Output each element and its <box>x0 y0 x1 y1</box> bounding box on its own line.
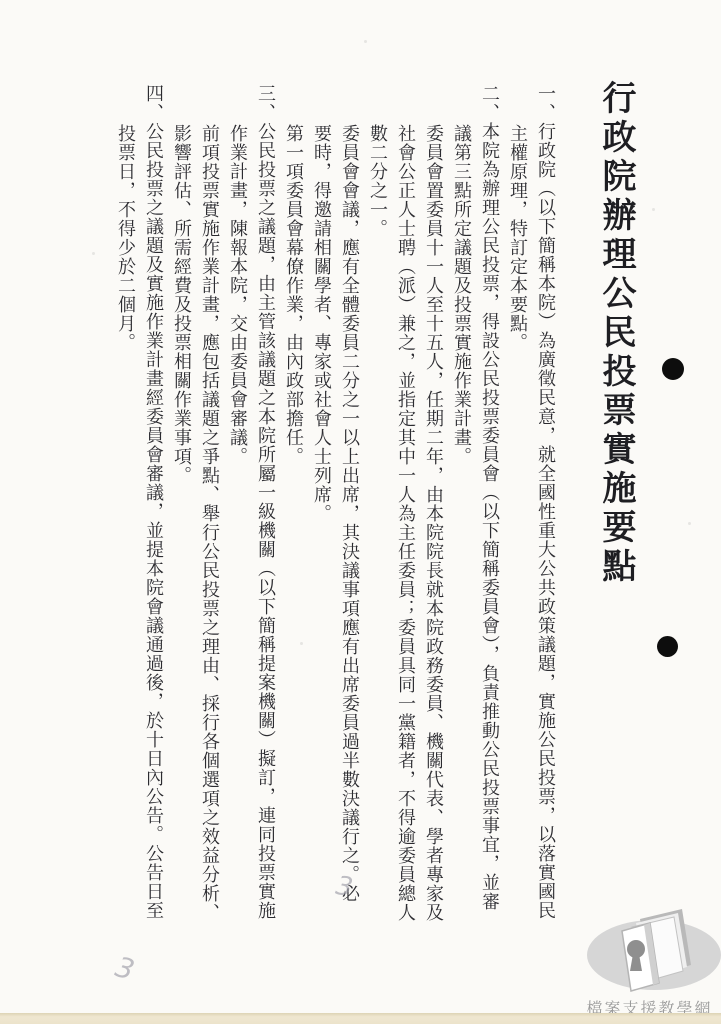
text-line: 議第三點所定議題及投票實施作業計畫。 <box>447 84 475 946</box>
scan-edge-strip <box>0 1013 721 1024</box>
scan-noise-speck <box>364 40 367 43</box>
scan-noise-speck <box>92 252 95 255</box>
handwritten-mark: 3 <box>112 950 138 987</box>
watermark-logo: 檔案支援教學網 <box>578 903 721 1018</box>
punch-hole-dot <box>657 636 678 657</box>
text-line: 前項投票實施作業計畫，應包括議題之爭點、舉行公民投票之理由、採行各個選項之效益分… <box>195 84 223 946</box>
scan-noise-speck <box>688 522 691 525</box>
scan-noise-speck <box>652 208 655 211</box>
document-body: 一、行政院（以下簡稱本院）為廣徵民意，就全國性重大公共政策議題，實施公民投票，以… <box>111 84 559 946</box>
text-line: 一、行政院（以下簡稱本院）為廣徵民意，就全國性重大公共政策議題，實施公民投票，以… <box>531 84 559 946</box>
text-line: 社會公正人士聘（派）兼之，並指定其中一人為主任委員；委員具同一黨籍者，不得逾委員… <box>391 84 419 946</box>
text-line: 二、本院為辦理公民投票，得設公民投票委員會（以下簡稱委員會），負責推動公民投票事… <box>475 84 503 946</box>
text-line: 三、公民投票之議題，由主管該議題之本院所屬一級機關（以下簡稱提案機關）擬訂，連同… <box>251 84 279 946</box>
text-line: 委員會會議，應有全體委員二分之一以上出席，其決議事項應有出席委員過半數決議行之。… <box>335 84 363 946</box>
text-line: 第一項委員會幕僚作業，由內政部擔任。 <box>279 84 307 946</box>
text-line: 要時，得邀請相關學者、專家或社會人士列席。 <box>307 84 335 946</box>
text-line: 四、公民投票之議題及實施作業計畫經委員會審議，並提本院會議通過後，於十日內公告。… <box>139 84 167 946</box>
scan-noise-speck <box>300 642 303 645</box>
scanned-document-page: 行政院辦理公民投票實施要點 一、行政院（以下簡稱本院）為廣徵民意，就全國性重大公… <box>0 0 721 1024</box>
document-title: 行政院辦理公民投票實施要點 <box>592 80 641 587</box>
text-line: 委員會置委員十一人至十五人，任期二年，由本院院長就本院政務委員、機關代表、學者專… <box>419 84 447 946</box>
text-line: 作業計畫，陳報本院，交由委員會審議。 <box>223 84 251 946</box>
text-line: 影響評估、所需經費及投票相關作業事項。 <box>167 84 195 946</box>
text-line: 主權原理，特訂定本要點。 <box>503 84 531 946</box>
text-line: 數二分之一。 <box>363 84 391 946</box>
punch-hole-dot <box>662 358 684 380</box>
book-keyhole-icon <box>578 903 721 995</box>
text-line: 投票日，不得少於二個月。 <box>111 84 139 946</box>
